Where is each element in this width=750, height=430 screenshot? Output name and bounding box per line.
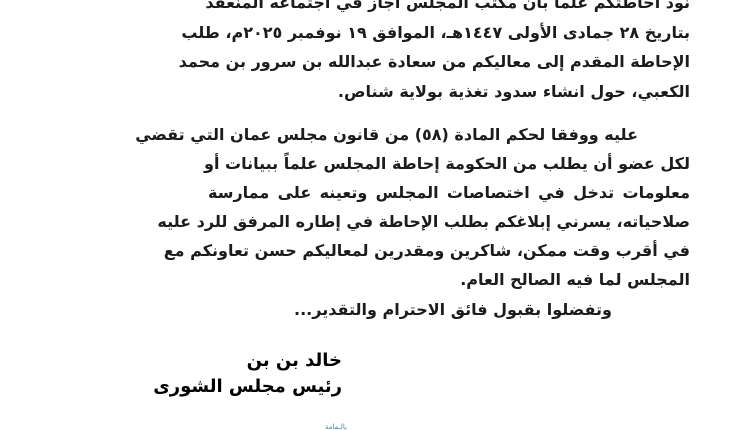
paragraph-2-line-1: عليه ووفقا لحكم المادة (٥٨) من قانون مجل… (208, 124, 638, 146)
paragraph-1-line-4: الكعبي، حول انشاء سدود تغذية بولاية شناص… (338, 81, 690, 103)
signature-name: خالد بن بن (247, 350, 342, 371)
paragraph-2-line-3: معلومات تدخل في اختصاصات المجلس وتعينه ع… (208, 182, 690, 204)
closing-line: وتفضلوا بقبول فائق الاحترام والتقدير... (294, 299, 612, 321)
paragraph-1-line-1: نود احاطتكم علماً بأن مكتب المجلس أجاز ف… (208, 0, 690, 14)
footer-stamp-mark: بالـمامة (325, 423, 347, 430)
paragraph-2-line-2: لكل عضو أن يطلب من الحكومة إحاطة المجلس … (208, 153, 690, 175)
paragraph-2-line-6: المجلس لما فيه الصالح العام. (460, 269, 690, 291)
paragraph-2-line-5: في أقرب وقت ممكن، شاكرين ومقدرين لمعاليك… (208, 240, 690, 262)
paragraph-2-line-4: صلاحياته، يسرني إبلاغكم بطلب الإحاطة في … (208, 211, 690, 233)
signature-title: رئيس مجلس الشورى (153, 376, 342, 397)
paragraph-1-line-2: بتاريخ ٢٨ جمادى الأولى ١٤٤٧هـ، الموافق ١… (208, 22, 690, 44)
paragraph-1-line-3: الإحاطة المقدم إلى معاليكم من سعادة عبدا… (208, 51, 690, 73)
letter-page: نود احاطتكم علماً بأن مكتب المجلس أجاز ف… (0, 0, 750, 430)
